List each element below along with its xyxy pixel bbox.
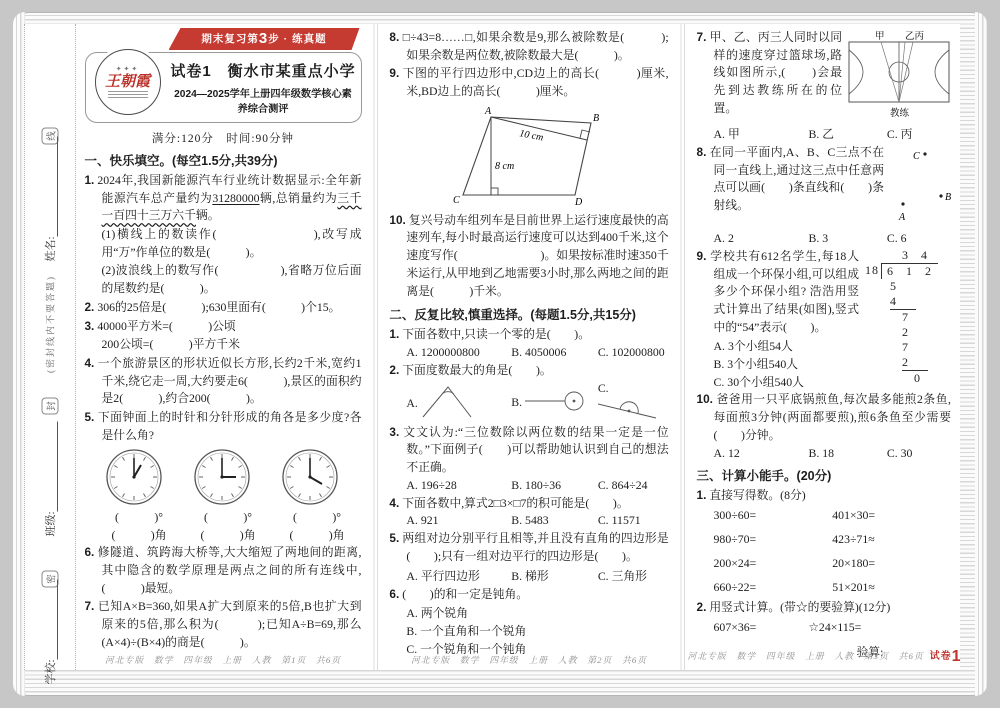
s1-q5: 5.下面钟面上的时针和分针形成的角各是多少度?各是什么角? bbox=[85, 409, 362, 444]
s1-q6: 6.修隧道、筑跨海大桥等,大大缩短了两地间的距离,其中隐含的数学原理是两点之间的… bbox=[85, 544, 362, 597]
label-10cm: 10 cm bbox=[518, 128, 544, 143]
s2-q3-options: A. 196÷28 B. 180÷36 C. 864÷24 bbox=[389, 478, 668, 493]
s2-q10-options: A. 12 B. 18 C. 30 bbox=[697, 446, 951, 461]
acute-angle-figure bbox=[421, 383, 473, 419]
section2-heading: 二、反复比较,慎重选择。(每题1.5分,共15分) bbox=[389, 305, 668, 323]
banner-text-pre: 期末复习第 bbox=[201, 33, 259, 45]
straight-angle-figure bbox=[598, 396, 658, 422]
section1-heading: 一、快乐填空。(每空1.5分,共39分) bbox=[85, 151, 362, 169]
clock-1-oclock-figure bbox=[105, 448, 163, 506]
logo-name: 王朝霞 bbox=[105, 73, 150, 91]
s3-q1: 1.直接写得数。(8分) bbox=[697, 487, 951, 505]
s2-q4: 4.下面各数中,算式2□3×□7的积可能是( )。 bbox=[389, 495, 668, 513]
division-row-54: 5 4 bbox=[890, 279, 916, 310]
angle-type-blanks-row: ( )角 ( )角 ( )角 bbox=[85, 526, 362, 543]
column-2: 8.□÷43=8……□,如果余数是9,那么被除数是( );如果余数是两位数,被除… bbox=[380, 24, 677, 670]
footer-page-2: 河北专版 数学 四年级 上册 人教 第2页 共6页 bbox=[380, 653, 677, 666]
s1-q9: 9.下图的平行四边形中,CD边上的高长( )厘米,米,BD边上的高长( )厘米。 bbox=[389, 65, 668, 100]
s3-q2: 2.用竖式计算。(带☆的要验算)(12分) bbox=[697, 599, 951, 617]
three-points-figure: C B A bbox=[889, 146, 951, 229]
clock-figures bbox=[85, 448, 362, 506]
s1-q7: 7.已知A×B=360,如果A扩大到原来的5倍,B也扩大到原来的5倍,那么积为(… bbox=[85, 598, 362, 651]
s2-q6: 6.( )的和一定是钝角。 bbox=[389, 586, 668, 604]
s2-q2: 2.下面度数最大的角是( )。 bbox=[389, 362, 668, 380]
paper-title-box: ✦✦✦ 王朝霞 试卷1 衡水市某重点小学 2024—2025学年上册四年级数学核… bbox=[85, 52, 362, 123]
seal-note: (密封线内不要答题) bbox=[43, 275, 56, 373]
label-D: D bbox=[574, 197, 583, 205]
division-row-72b: 7 2 bbox=[902, 340, 928, 371]
wangchaoxia-logo: ✦✦✦ 王朝霞 bbox=[95, 49, 161, 115]
direct-calculation-grid: 300÷60= 401×30= 980÷70= 423÷71≈ 200×24= … bbox=[697, 508, 951, 595]
seal-margin-strip: 线 姓名: (密封线内不要答题) 封 班级: 密 学校: bbox=[24, 24, 76, 670]
column-1: 期末复习第3步 · 练真题 ✦✦✦ 王朝霞 试卷1 衡水市某重点小学 2024—… bbox=[76, 24, 371, 670]
label-A: A bbox=[484, 106, 492, 117]
label-point-A: A bbox=[898, 212, 906, 223]
label-B: B bbox=[593, 113, 599, 124]
s2-q1-options: A. 1200000800 B. 4050006 C. 102000800 bbox=[389, 345, 668, 360]
s2-q4-options: A. 921 B. 5483 C. 11571 bbox=[389, 513, 668, 528]
school-label: 学校: bbox=[42, 659, 58, 684]
s1-q4: 4.一个旅游景区的形状近似长方形,长约2千米,宽约1千米,绕它走一周,大约要走6… bbox=[85, 355, 362, 408]
logo-wave-decoration bbox=[108, 91, 148, 99]
s1-q10: 10.复兴号动车组列车是目前世界上运行速度最快的高速列车,每小时最高运行速度可以… bbox=[389, 212, 668, 300]
label-point-C: C bbox=[913, 151, 920, 162]
s2-q3: 3.文文认为:“三位数除以两位数的结果一定是一位数。”下面例子( )可以帮助她认… bbox=[389, 424, 668, 477]
banner-ribbon: 期末复习第3步 · 练真题 bbox=[169, 28, 360, 50]
clock-3-oclock-figure bbox=[193, 448, 251, 506]
seal-char-feng: 封 bbox=[41, 398, 58, 415]
score-time-meta: 满分:120分 时间:90分钟 bbox=[85, 130, 362, 146]
s2-q10: 10.爸爸用一只平底锅煎鱼,每次最多能煎2条鱼,每面煎3分钟(两面都要煎),煎6… bbox=[697, 391, 951, 444]
paper-sheet: 线 姓名: (密封线内不要答题) 封 班级: 密 学校: 期末复习第3步 · 练… bbox=[24, 24, 960, 670]
name-label: 姓名: bbox=[42, 236, 58, 261]
q1-number: 1. bbox=[85, 173, 98, 187]
s2-q7-options: A. 甲 B. 乙 C. 丙 bbox=[697, 125, 951, 142]
s2-q5-options: A. 平行四边形 B. 梯形 C. 三角形 bbox=[389, 567, 668, 584]
s1-q8: 8.□÷43=8……□,如果余数是9,那么被除数是( );如果余数是两位数,被除… bbox=[389, 29, 668, 64]
vertical-calculation-row: 607×36= ☆24×115= bbox=[697, 620, 951, 635]
long-division-figure: 3 4 18 6 1 2 5 4 7 2 7 2 0 bbox=[865, 248, 951, 386]
s1-q1: 1.2024年,我国新能源汽车行业统计数据显示:全年新能源汽车总产量约为3128… bbox=[85, 172, 362, 225]
school-blank-line bbox=[47, 579, 58, 659]
underlined-number: 31280000 bbox=[212, 191, 259, 205]
paper-title: 试卷1 衡水市某重点小学 bbox=[170, 60, 357, 81]
label-yi-bing: 乙丙 bbox=[905, 31, 925, 42]
brand-shijuan: 试卷 bbox=[930, 651, 952, 662]
division-row-72a: 7 2 bbox=[902, 310, 928, 340]
class-label: 班级: bbox=[42, 511, 58, 536]
class-field: 班级: bbox=[42, 421, 58, 536]
division-quotient: 3 4 bbox=[902, 248, 951, 263]
division-remainder-0: 0 bbox=[914, 371, 951, 386]
full-angle-figure bbox=[525, 389, 587, 413]
s2-q2-options: A. B. C. bbox=[389, 381, 668, 422]
s1-q2: 2.306的25倍是( );630里面有( )个15。 bbox=[85, 299, 362, 317]
clock-4-oclock-figure bbox=[281, 448, 339, 506]
banner-step-number: 3 bbox=[259, 30, 268, 47]
paper-subtitle: 2024—2025学年上册四年级数学核心素养综合测评 bbox=[170, 85, 357, 115]
brand-number: 1 bbox=[952, 648, 962, 665]
footer-page-1: 河北专版 数学 四年级 上册 人教 第1页 共6页 bbox=[76, 653, 371, 666]
exam-paper-page: { "header": { "banner": {"pre": "期末复习第",… bbox=[0, 0, 1000, 708]
banner-text-post: 步 · 练真题 bbox=[268, 33, 326, 45]
label-8cm: 8 cm bbox=[495, 161, 514, 172]
s1-q1-sub1: (1)横线上的数读作( ),改写成用“万”作单位的数是( )。 bbox=[85, 226, 362, 261]
division-divisor: 18 bbox=[865, 263, 879, 279]
s1-q3-line2: 200公顷=( )平方千米 bbox=[85, 336, 362, 354]
column-3: 甲 乙丙 教练 7.甲、乙、丙三人同时以同样的速度穿过篮球场,路线如图所示,( … bbox=[688, 24, 960, 670]
division-dividend: 6 1 2 bbox=[881, 263, 938, 279]
parallelogram-figure: A B C D 10 cm 8 cm bbox=[389, 103, 668, 210]
section3-heading: 三、计算小能手。(20分) bbox=[697, 466, 951, 484]
label-jia: 甲 bbox=[875, 31, 885, 42]
column-separator-2 bbox=[678, 24, 688, 670]
school-field: 学校: bbox=[42, 579, 58, 684]
footer-page-3: 河北专版 数学 四年级 上册 人教 第3页 共6页试卷1 bbox=[688, 647, 960, 666]
label-C: C bbox=[453, 195, 460, 205]
label-coach: 教练 bbox=[890, 107, 910, 118]
name-blank-line bbox=[47, 136, 58, 236]
s1-q3: 3.40000平方米=( )公顷 bbox=[85, 318, 362, 336]
label-point-B: B bbox=[945, 192, 951, 203]
basketball-court-figure: 甲 乙丙 教练 bbox=[847, 30, 951, 123]
s2-q1: 1.下面各数中,只读一个零的是( )。 bbox=[389, 326, 668, 344]
s2-q5: 5.两组对边分别平行且相等,并且没有直角的四边形是( );只有一组对边平行的四边… bbox=[389, 530, 668, 565]
column-separator-1 bbox=[371, 24, 381, 670]
degree-blanks-row: ( )° ( )° ( )° bbox=[85, 508, 362, 525]
name-field: 姓名: bbox=[42, 136, 58, 261]
s1-q1-sub2: (2)波浪线上的数写作( ),省略万位后面的尾数约是( )。 bbox=[85, 262, 362, 297]
s2-q8-options: A. 2 B. 3 C. 6 bbox=[697, 231, 951, 246]
s2-q6-options: A. 两个锐角 B. 一个直角和一个锐角 C. 一个锐角和一个钝角 bbox=[389, 604, 668, 657]
class-blank-line bbox=[47, 421, 58, 511]
logo-crown-decoration: ✦✦✦ bbox=[116, 66, 140, 73]
